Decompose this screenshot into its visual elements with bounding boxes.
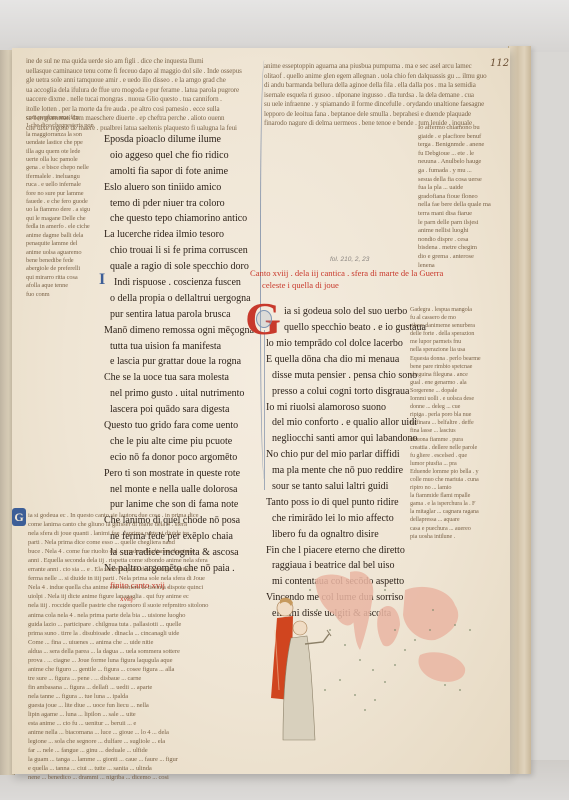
verse-line: lascera poi quādo sara digesta: [104, 402, 254, 418]
blue-initial-g-commentary: G: [12, 508, 26, 526]
left-margin-gloss: coni pepfora ama fim 1 che dice chegnest…: [26, 114, 96, 299]
souls-flames-icon: [315, 571, 465, 682]
verse-line: nel primo gusto . uital nutrimento: [104, 386, 254, 402]
verse-line: che rimirādo lei lo mio affecto: [266, 511, 418, 527]
verse-line: quale a ragio di sole specchio doro: [104, 259, 254, 275]
pencil-folio-note: fol. 210, 2, 23: [330, 256, 369, 263]
verse-line: amolti fia sapor di fote anime: [104, 164, 254, 180]
right-margin-gloss-bottom: Gadegra . lespua mangola fu al cassero d…: [410, 306, 500, 541]
verse-line: ia si godeua solo del suo uerbo: [284, 304, 426, 320]
top-commentary-right: anime esseptoppin aguarna ana piusbua pu…: [264, 62, 492, 129]
verse-line: presso a colui cogni torto disgraua: [266, 384, 418, 400]
verse-line: temo di pder niuer tra coloro: [104, 196, 254, 212]
verse-line: ma pla mente che nō puo reddire: [266, 463, 418, 479]
verse-line: che le piu alte cime piu pcuote: [104, 434, 254, 450]
verse-line: E quella dōna cha dio mi menaua: [266, 352, 418, 368]
page-fore-edge: [508, 46, 531, 774]
verse-line: Io mi riuolsi alamoroso suono: [266, 400, 418, 416]
verse-line: quello specchio beato . e io gustaua: [284, 320, 426, 336]
verse-line: libero fu da ognaltro disire: [266, 527, 418, 543]
right-margin-gloss-top: Io affermo chiamono bu giaide . e placfi…: [418, 124, 498, 270]
verse-line: Che se la uoce tua sara molesta: [104, 370, 254, 386]
verse-line: Indi rispuose . coscienza fuscen: [104, 275, 254, 291]
verse-line: del mio conforto . e qualio allor uidi: [266, 415, 418, 431]
verse-line: Manō dimeno remossa ogni mēçogna: [104, 323, 254, 339]
verse-line: nel monte e nella ualle dolorosa: [104, 482, 254, 498]
verse-line: disse muta pensier . pensa chio sono: [266, 368, 418, 384]
canto-rubric-line2: celeste i quella di joue: [262, 280, 339, 291]
verse-line: chio trouai li si fe prima corruscen: [104, 243, 254, 259]
verse-line: sour se tanto salui laltri guidi: [266, 479, 418, 495]
verse-line: che questo tepo chiamorino antico: [104, 211, 254, 227]
photo-background-top: [0, 0, 569, 52]
verse-line: Eslo aluero son tiniido amico: [104, 180, 254, 196]
verse-line: negliocchi santi amor qui labandono: [266, 431, 418, 447]
verse-line: No chio pur del mio parlar diffidi: [266, 447, 418, 463]
illuminated-initial-g: G: [244, 298, 282, 340]
verse-line: lo mio temprādo col dolce lacerbo: [266, 336, 418, 352]
verse-line: oio aggeso quel che fio ridico: [104, 148, 254, 164]
verse-line: La lucerche ridea ilmio tesoro: [104, 227, 254, 243]
right-verse-column: ia si godeua solo del suo uerbo quello s…: [284, 304, 426, 336]
verse-line: e lascia pur grattar doue la rogna: [104, 354, 254, 370]
verse-line: ecio nō fa donor poco argomēto: [104, 450, 254, 466]
verse-line: o della propia o dellaltrui uergogna: [104, 291, 254, 307]
verse-line: tutta tua uision fa manifesta: [104, 339, 254, 355]
verse-line: Eposda pioaclo dilume ilume: [104, 132, 254, 148]
verse-line: Pero ti son mostrate in queste rote: [104, 466, 254, 482]
verse-line: Tanto poss io di quel punto ridire: [266, 495, 418, 511]
miniature-illustration: [255, 570, 495, 750]
blue-initial-i: I: [99, 272, 105, 288]
lower-commentary: ia si godeua ec . In questo canto sie la…: [28, 511, 250, 782]
verse-line: Questo tuo grido fara come uento: [104, 418, 254, 434]
verse-line: Fin che l piacere eterno che diretto: [266, 543, 418, 559]
canto-rubric-line1: Canto xviij . dela iij cantica . sfera d…: [250, 268, 443, 279]
verse-line: pur sentira latua parola brusca: [104, 307, 254, 323]
folio-number: 112: [490, 58, 509, 69]
